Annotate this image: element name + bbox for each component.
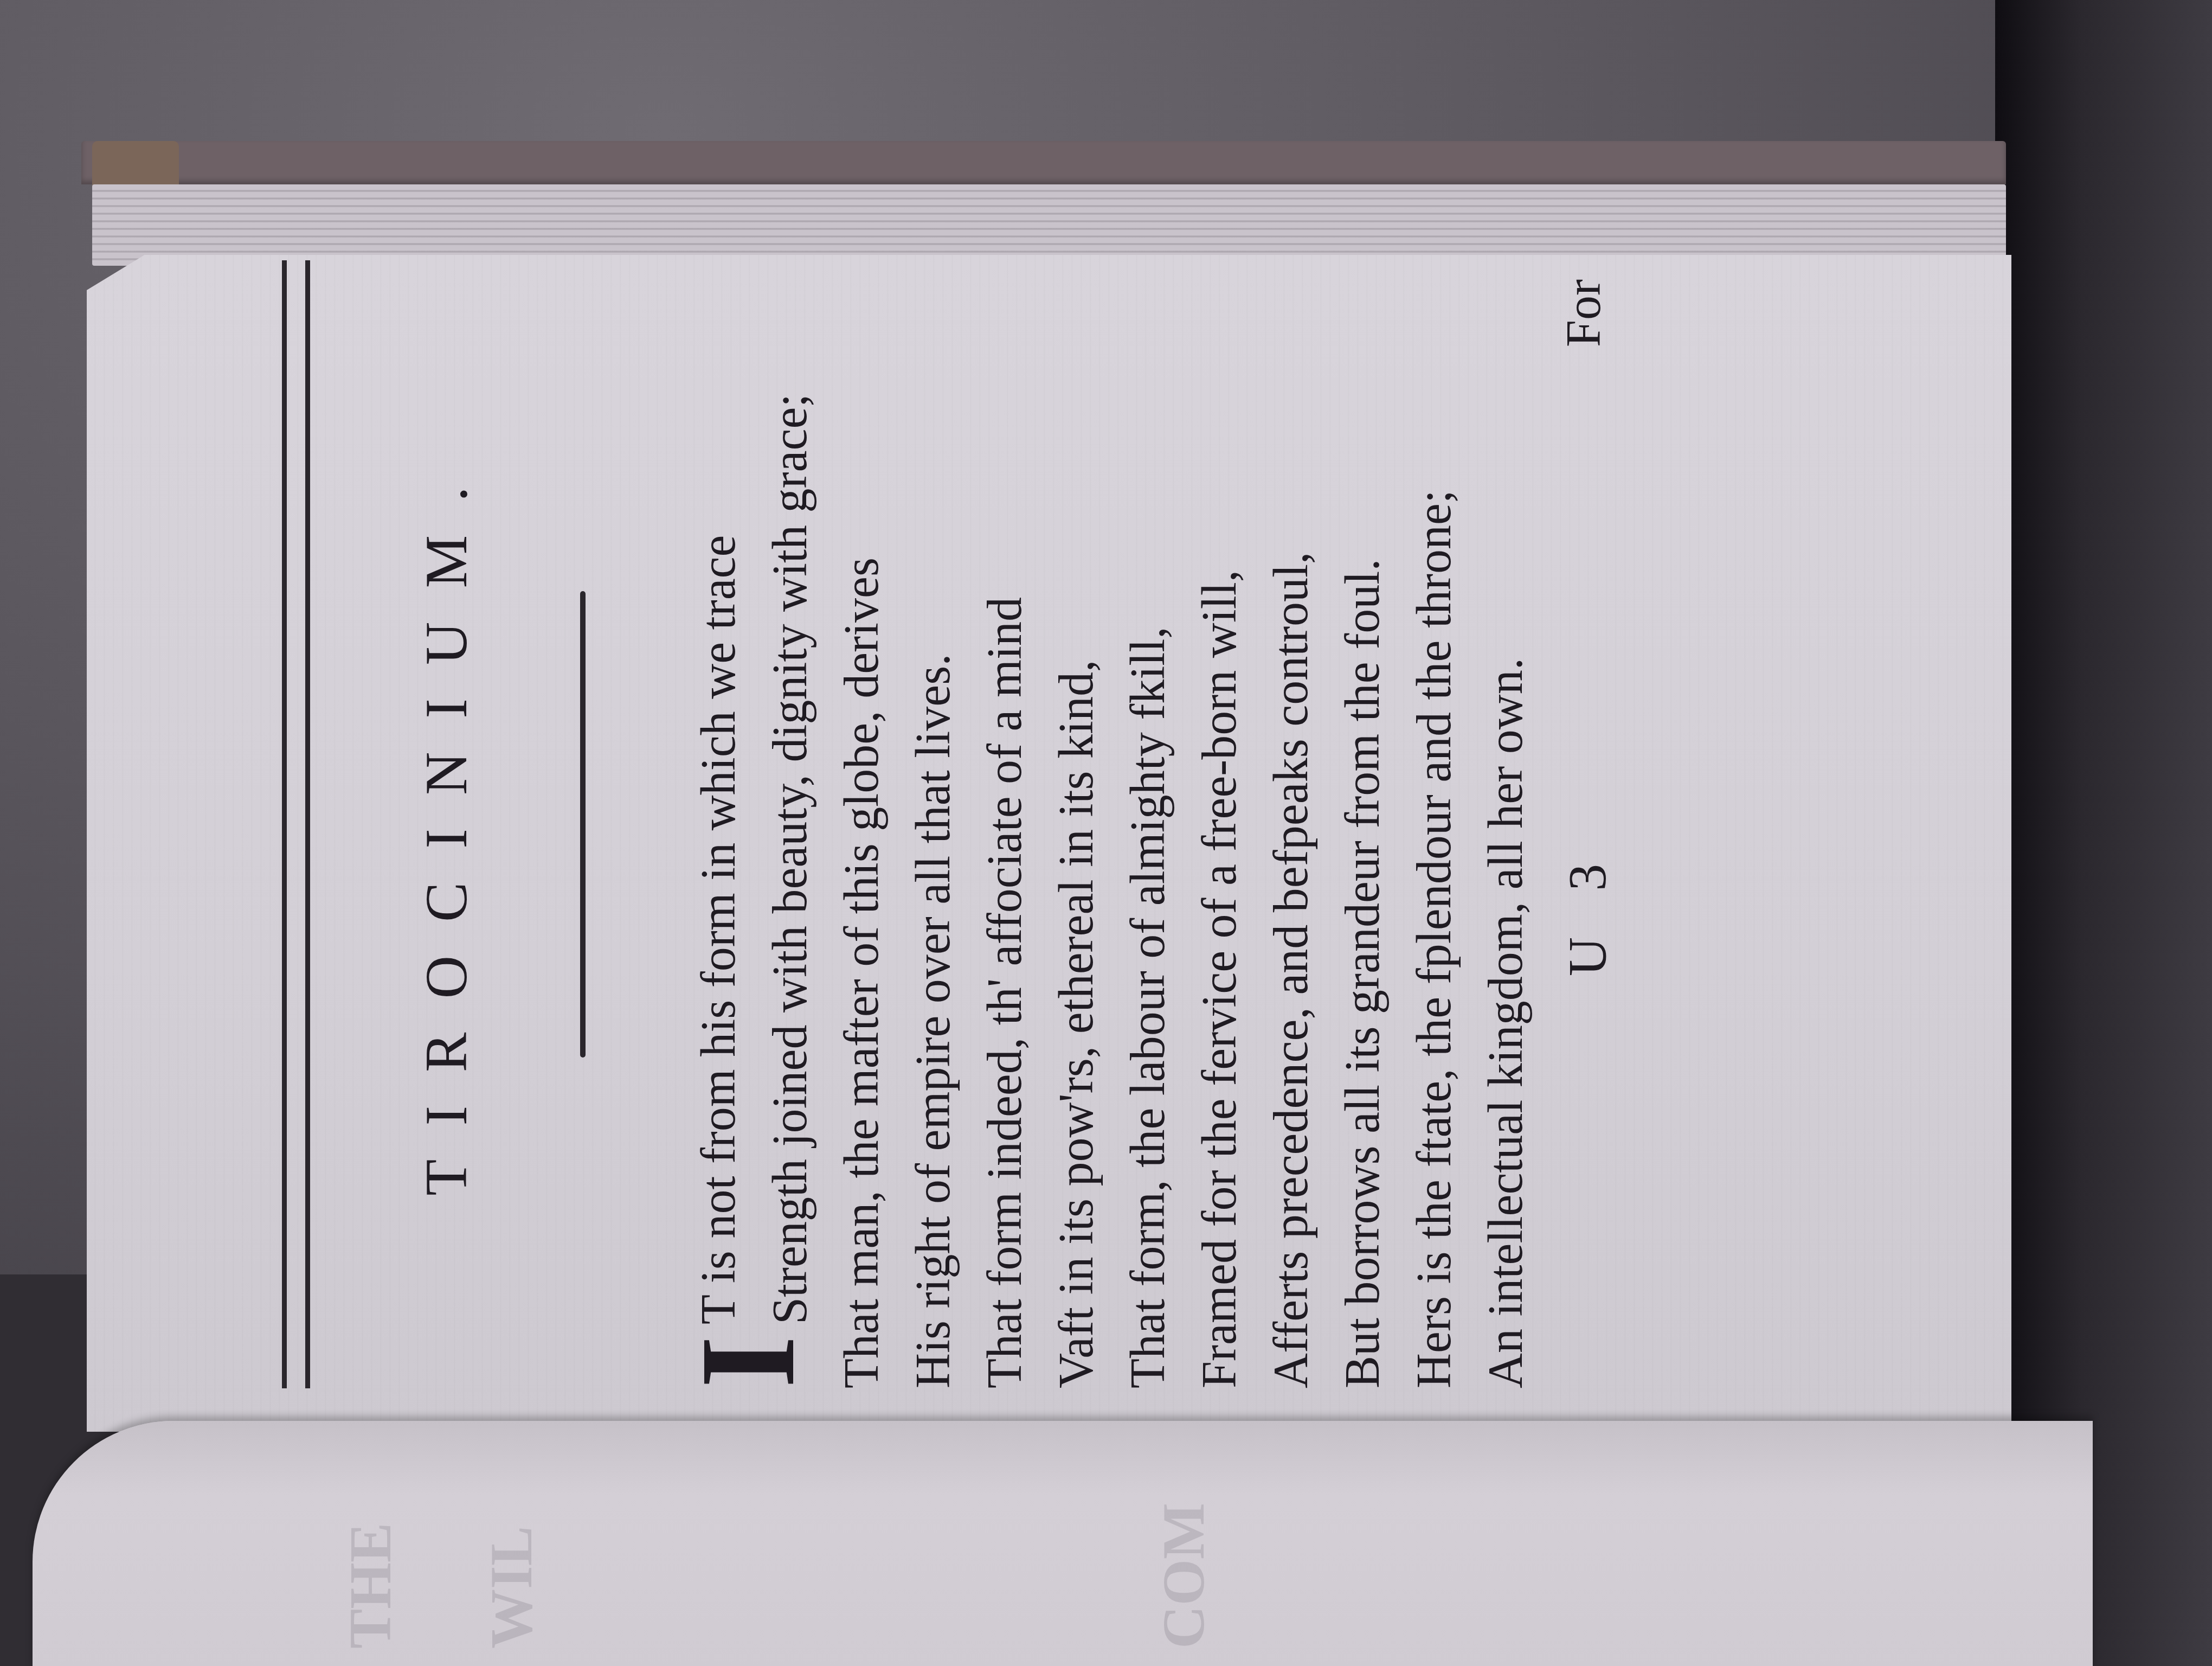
poem-line: His right of empire over all that lives. (898, 195, 969, 1388)
facing-ghost-text: WIL (477, 1526, 546, 1649)
poem-line: Vaft in its pow'rs, ethereal in its kind… (1041, 195, 1113, 1388)
poem-line: Framed for the fervice of a free-born wi… (1184, 195, 1256, 1388)
facing-ghost-text: THE (336, 1523, 405, 1649)
poem-line: But borrows all its grandeur from the fo… (1327, 195, 1399, 1388)
short-rule-ornament (580, 591, 586, 1058)
poem-line: That form, the labour of almighty fkill, (1113, 195, 1184, 1388)
poem-line: Afferts precedence, and befpeaks controu… (1256, 195, 1327, 1388)
poem-line: That man, the mafter of this globe, deri… (826, 195, 898, 1388)
catchword: For (1556, 279, 1612, 347)
page-text-block: TIROCINIUM. I T is not from his form in … (249, 168, 1876, 1388)
signature-mark: U 3 (1556, 848, 1618, 976)
poem-line: An intellectual kingdom, all her own. (1470, 195, 1542, 1388)
poem-line: Strength joined with beauty, dignity wit… (755, 195, 826, 1388)
drop-cap: I (689, 1336, 808, 1388)
double-rule-ornament (282, 260, 310, 1388)
background-right (1995, 0, 2212, 1666)
poem-line: I T is not from his form in which we tra… (683, 195, 755, 1388)
poem-line: Hers is the ftate, the fplendour and the… (1399, 195, 1470, 1388)
poem-line: That form indeed, th' affociate of a min… (969, 195, 1041, 1388)
facing-ghost-text: COM (1149, 1503, 1218, 1649)
page-title: TIROCINIUM. (412, 260, 481, 1388)
poem-body: I T is not from his form in which we tra… (683, 195, 1542, 1388)
facing-page: THE WIL COM (33, 1421, 2093, 1666)
